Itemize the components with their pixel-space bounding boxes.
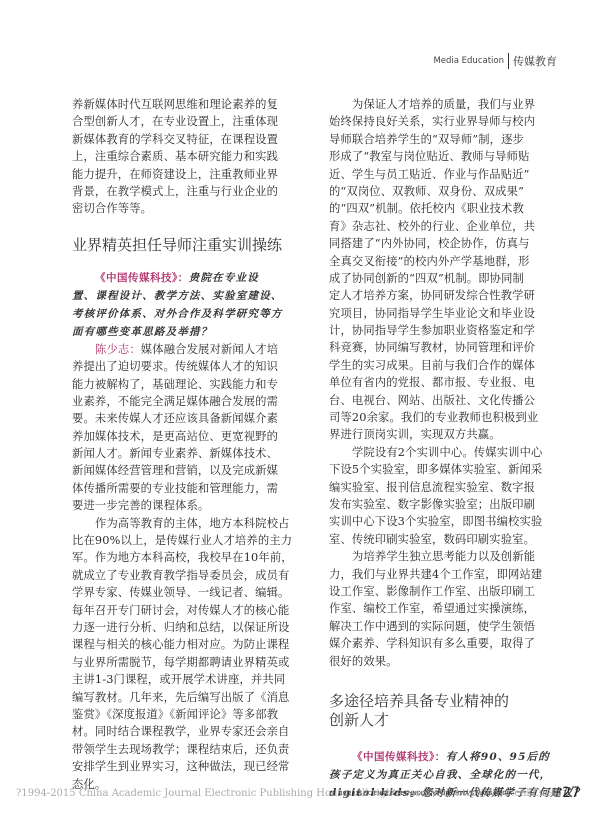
text-line: 带领学生去现场教学；课程结束后，还负责 xyxy=(72,741,288,758)
question-line: 考核评价体系、对外合作及科学研究等方 xyxy=(72,305,288,323)
text-line: 很好的效果。 xyxy=(329,653,557,670)
left-column: 养新媒体时代互联网思维和理论素养的复 合型创新人才，在专业设置上，注重体现 新媒… xyxy=(72,96,288,793)
text-line: 体传播所需要的专业技能和管理能力，需 xyxy=(72,480,288,497)
paragraph: 为保证人才培养的质量，我们与业界 始终保持良好关系，实行业界导师与校内 导师联合… xyxy=(329,96,557,444)
text-line: 要进一步完善的课程体系。 xyxy=(72,497,288,514)
text-line: 近、学生与员工贴近、作业与作品贴近” xyxy=(329,166,557,183)
text-line: 每年召开专门研讨会，对传媒人才的核心能 xyxy=(72,602,288,619)
text-line: 学院设有2个实训中心。传媒实训中心 xyxy=(329,444,557,461)
heading-line: 创新人才 xyxy=(329,711,557,730)
text-line: 司等20余家。我们的专业教师也积极到业 xyxy=(329,409,557,426)
text-line: 单位有省内的党报、都市报、专业报、电 xyxy=(329,374,557,391)
text-line: 新媒体教育的学科交叉特征，在课程设置 xyxy=(72,131,288,148)
page-footer: ?1994-2015 China Academic Journal Electr… xyxy=(16,787,586,803)
text-line: 新闻人才。新闻专业素养、新媒体技术、 xyxy=(72,445,288,462)
speaker-name: 陈少志： xyxy=(95,343,141,356)
header-divider xyxy=(508,53,509,69)
magazine-name: 《中国传媒科技》： xyxy=(352,751,446,763)
question-text: 贵院在专业设 xyxy=(189,272,259,284)
text-line: 编实验室、报刊信息流程实验室、数字报 xyxy=(329,479,557,496)
text-line: 定人才培养方案，协同研发综合性教学研 xyxy=(329,287,557,304)
text-line: 计，协同指导学生参加职业资格鉴定和学 xyxy=(329,322,557,339)
text-line: 力，我们与业界共建4个工作室，即网站建 xyxy=(329,566,557,583)
text-line: 能力被解构了，基础理论、实践能力和专 xyxy=(72,376,288,393)
question-text: 有人将90、95后的 xyxy=(446,751,550,763)
section-heading: 业界精英担任导师注重实训操练 xyxy=(72,236,288,255)
text-line: 设工作室、影像制作工作室、出版印刷工 xyxy=(329,583,557,600)
right-column: 为保证人才培养的质量，我们与业界 始终保持良好关系，实行业界导师与校内 导师联合… xyxy=(329,96,557,802)
text-line: 密切合作等等。 xyxy=(72,200,288,217)
text-line: 为培养学生独立思考能力以及创新能 xyxy=(329,548,557,565)
text-line: 形成了“教室与岗位贴近、教师与导师贴 xyxy=(329,148,557,165)
text-line: 作为高等教育的主体，地方本科院校占 xyxy=(72,515,288,532)
journal-issue: 09/2015 SCIENCE & TECHNOLOGY FOR CHINA'S… xyxy=(339,791,512,797)
text-line: 究项目，协同指导学生毕业论文和毕业设 xyxy=(329,305,557,322)
text-line: 业素养，不能完全满足媒体融合发展的需 xyxy=(72,393,288,410)
paragraph: 为培养学生独立思考能力以及创新能 力，我们与业界共建4个工作室，即网站建 设工作… xyxy=(329,548,557,670)
text-line: 编写教材。几年来，先后编写出版了《消息 xyxy=(72,689,288,706)
text-line: 鉴赏》《深度报道》《新闻评论》等多部教 xyxy=(72,706,288,723)
text-line: 全真交叉衔接”的校内外产学基地群，形 xyxy=(329,253,557,270)
text-line: 养新媒体时代互联网思维和理论素养的复 xyxy=(72,96,288,113)
text-line: 为保证人才培养的质量，我们与业界 xyxy=(329,96,557,113)
text-line: 同搭建了“内外协同，校企协作，仿真与 xyxy=(329,235,557,252)
text-line: 解决工作中遇到的实际问题，使学生领悟 xyxy=(329,618,557,635)
text-line: 室、传统印刷实验室，数码印刷实验室。 xyxy=(329,531,557,548)
text-line: 导师联合培养学生的“双导师”制，逐步 xyxy=(329,131,557,148)
question-line: 面有哪些变革思路及举措？ xyxy=(72,323,288,341)
interview-question: 《中国传媒科技》：贵院在专业设 置、课程设计、教学方法、实验室建设、 考核评价体… xyxy=(72,269,288,341)
text-line: 学界专家、传媒业领导、一线记者、编辑。 xyxy=(72,584,288,601)
page-number: 27 xyxy=(562,785,580,801)
text-line: 就成立了专业教育教学指导委员会，成员有 xyxy=(72,567,288,584)
question-line: 置、课程设计、教学方法、实验室建设、 xyxy=(72,287,288,305)
text-line: 新闻媒体经营管理和营销，以及完成新媒 xyxy=(72,462,288,479)
question-line: 孩子定义为真正关心自我、全球化的一代， xyxy=(329,766,557,784)
text-line: 养加媒体技术，是更高站位、更宽视野的 xyxy=(72,428,288,445)
text-line: 能力提升，在师资建设上，注重教师业界 xyxy=(72,166,288,183)
text-line: 发布实验室、数字影像实验室；出版印刷 xyxy=(329,496,557,513)
text-line: 养提出了迫切要求。传统媒体人才的知识 xyxy=(72,358,288,375)
magazine-name: 《中国传媒科技》： xyxy=(95,272,189,284)
paragraph: 作为高等教育的主体，地方本科院校占 比在90%以上，是传媒行业人才培养的主力 军… xyxy=(72,515,288,793)
text-line: 课程与相关的核心能力相对应。为防止课程 xyxy=(72,636,288,653)
text-line: 主讲1-3门课程，或开展学术讲座，并共同 xyxy=(72,671,288,688)
section-heading: 多途径培养具备专业精神的 创新人才 xyxy=(329,692,557,730)
text-line: 成了协同创新的“四双”机制。即协同制 xyxy=(329,270,557,287)
text-line: 力逐一进行分析、归纳和总结，以保证所设 xyxy=(72,619,288,636)
paragraph: 学院设有2个实训中心。传媒实训中心 下设5个实验室，即多媒体实验室、新闻采 编实… xyxy=(329,444,557,548)
text-line: 要。未来传媒人才还应该具备新闻媒介素 xyxy=(72,410,288,427)
text-line: 的“四双”机制。依托校内《职业技术教 xyxy=(329,200,557,217)
text-line: 界进行顶岗实训，实现双方共赢。 xyxy=(329,426,557,443)
section-label-en: Media Education xyxy=(433,56,504,66)
heading-line: 多途径培养具备专业精神的 xyxy=(329,692,557,711)
section-label-zh: 传媒教育 xyxy=(513,53,557,69)
text-line: 下设5个实验室，即多媒体实验室、新闻采 xyxy=(329,461,557,478)
text-line: 育》杂志社、校外的行业、企业单位，共 xyxy=(329,218,557,235)
text-line: 安排学生到业界实习，这种做法，现已经常 xyxy=(72,758,288,775)
text-line: 合型创新人才，在专业设置上，注重体现 xyxy=(72,113,288,130)
text-line: 作室、编校工作室，希望通过实操演练， xyxy=(329,600,557,617)
running-header: Media Education 传媒教育 xyxy=(433,52,557,70)
text-line: 军。作为地方本科高校，我校早在10年前， xyxy=(72,549,288,566)
text-line: 媒介素养、学科知识有多么重要，取得了 xyxy=(329,635,557,652)
text-line: 科竞赛，协同编写教材，协同管理和评价 xyxy=(329,339,557,356)
text-line: 实训中心下设3个实验室，即图书编校实验 xyxy=(329,513,557,530)
text-line: 材。同时结合课程教学，业界专家还会亲自 xyxy=(72,723,288,740)
text-line: 台、电视台、网站、出版社、文化传播公 xyxy=(329,392,557,409)
paragraph: 养新媒体时代互联网思维和理论素养的复 合型创新人才，在专业设置上，注重体现 新媒… xyxy=(72,96,288,218)
text-line: 始终保持良好关系，实行业界导师与校内 xyxy=(329,113,557,130)
text-line: 背景，在教学模式上，注重与行业企业的 xyxy=(72,183,288,200)
interview-answer: 陈少志：媒体融合发展对新闻人才培 养提出了迫切要求。传统媒体人才的知识 能力被解… xyxy=(72,341,288,515)
text-line: 比在90%以上，是传媒行业人才培养的主力 xyxy=(72,532,288,549)
text-line: 学生的实习成果。目前与我们合作的媒体 xyxy=(329,357,557,374)
text-line: 的“双岗位、双教师、双身份、双成果” xyxy=(329,183,557,200)
text-line: 与业界所需脱节，每学期都聘请业界精英或 xyxy=(72,654,288,671)
text-line: 上，注重综合素质、基本研究能力和实践 xyxy=(72,148,288,165)
answer-text: 媒体融合发展对新闻人才培 xyxy=(141,343,278,356)
